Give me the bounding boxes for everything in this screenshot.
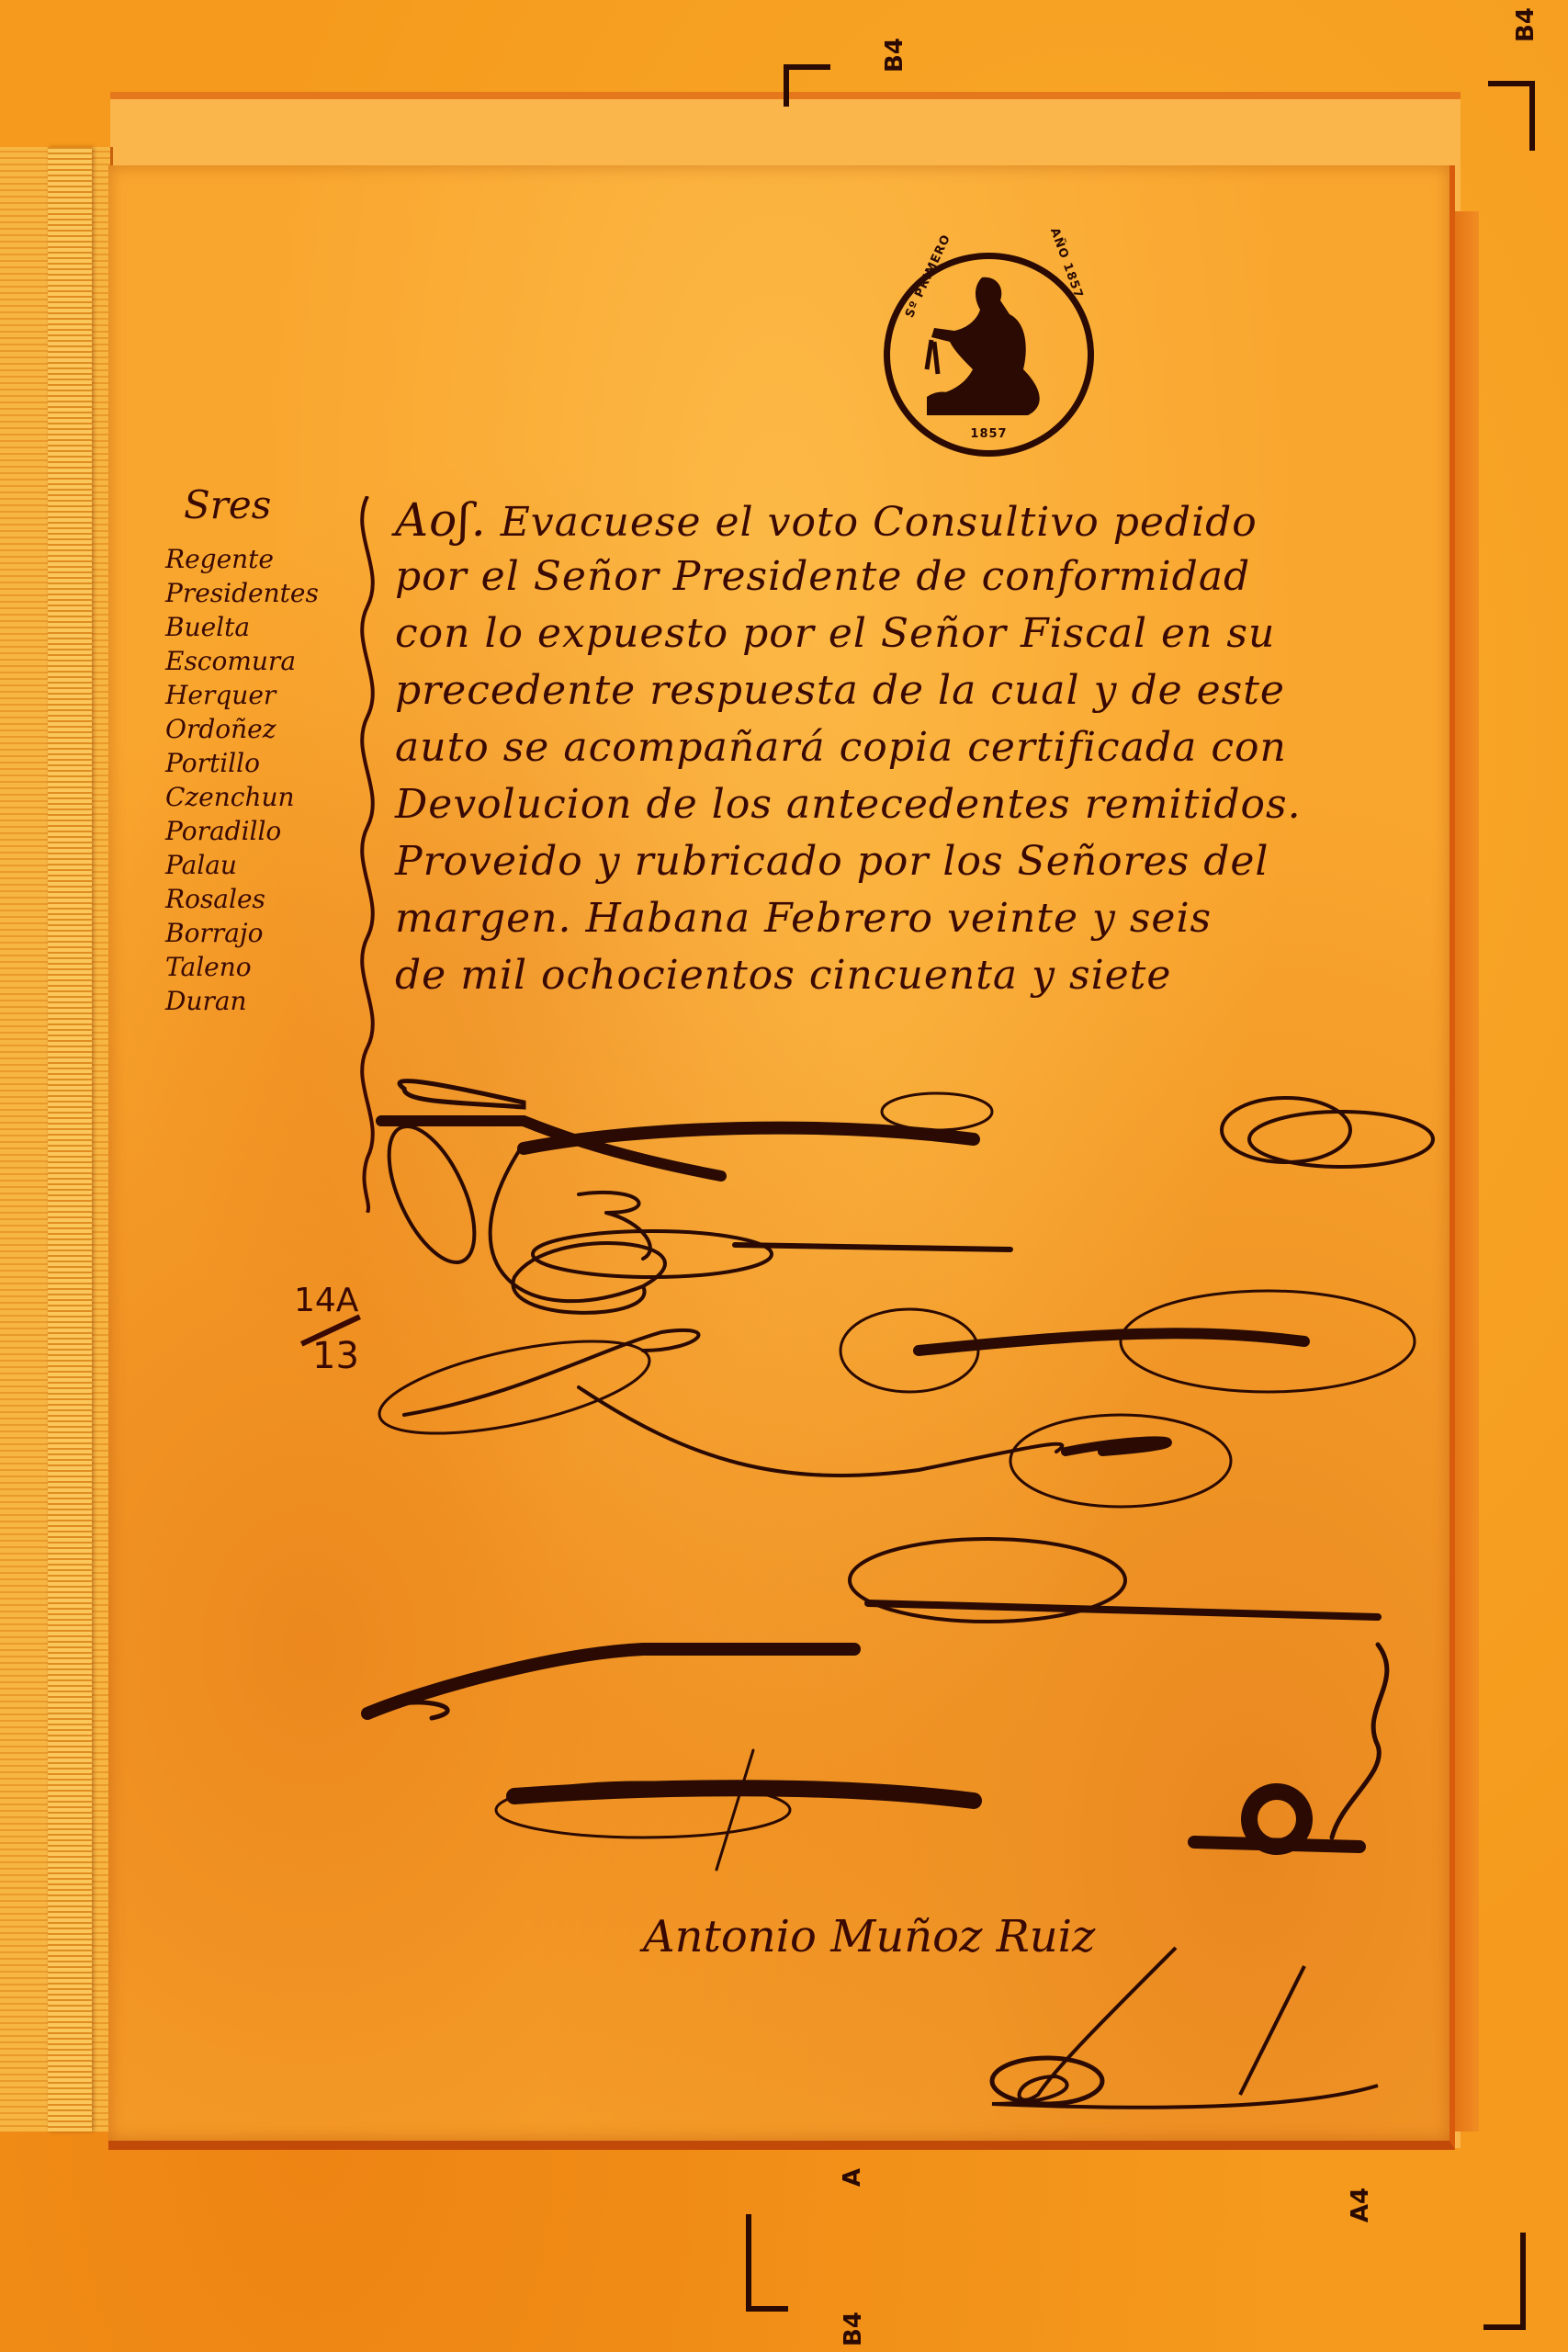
crop-mark-label-top-right: B4 (1512, 7, 1540, 42)
decree-line-text: Evacuese el voto Consultivo pedido (501, 499, 1258, 546)
decree-line-text: Proveido y rubricado por los Señores del (395, 838, 1269, 885)
crop-mark-bottom-right (1483, 2233, 1526, 2330)
folio-number: 14A 13 (294, 1282, 395, 1383)
decree-line-text: auto se acompañará copia certificada con (395, 724, 1287, 771)
margin-brace-line (340, 496, 395, 1213)
decree-line-text: margen. Habana Febrero veinte y seis (395, 895, 1212, 942)
crop-mark-bottom-center (746, 2214, 788, 2312)
decree-text: Aoʃ. Evacuese el voto Consultivo pedido … (395, 492, 1424, 1004)
decree-line: Devolucion de los antecedentes remitidos… (395, 776, 1424, 833)
crop-mark-label-bottom-left: A (839, 2168, 866, 2187)
crop-mark-label-bottom-center: B4 (840, 2312, 867, 2346)
decree-line-lead: Aoʃ. (395, 493, 487, 547)
folio-number-top: 14A (294, 1282, 358, 1319)
scribe-signature: Antonio Muñoz Ruiz (643, 1911, 1095, 1962)
document-page (108, 165, 1455, 2150)
decree-line: Proveido y rubricado por los Señores del (395, 833, 1424, 890)
decree-line-text: de mil ochocientos cincuenta y siete (395, 952, 1171, 999)
official-seal: Sº PRIMERO AÑO 1857 1857 (884, 253, 1094, 457)
crop-mark-label-bottom-right: A4 (1347, 2188, 1374, 2222)
decree-line: Aoʃ. Evacuese el voto Consultivo pedido (395, 492, 1424, 548)
crop-mark-top-right (1488, 81, 1535, 151)
decree-line-text: por el Señor Presidente de conformidad (395, 553, 1250, 600)
decree-line-text: precedente respuesta de la cual y de est… (395, 667, 1285, 714)
decree-line: precedente respuesta de la cual y de est… (395, 662, 1424, 719)
book-binding (0, 147, 113, 2131)
decree-line-text: con lo expuesto por el Señor Fiscal en s… (395, 610, 1275, 657)
decree-line: margen. Habana Febrero veinte y seis (395, 890, 1424, 947)
decree-line: auto se acompañará copia certificada con (395, 719, 1424, 776)
crop-mark-top-center (784, 64, 830, 107)
decree-line: de mil ochocientos cincuenta y siete (395, 947, 1424, 1004)
folio-number-bottom: 13 (312, 1335, 359, 1377)
decree-line: por el Señor Presidente de conformidad (395, 548, 1424, 605)
crop-mark-label-top-center: B4 (881, 38, 908, 73)
decree-line-text: Devolucion de los antecedentes remitidos… (395, 781, 1302, 828)
binding-cloth-strip (48, 147, 92, 2131)
seal-year: 1857 (890, 427, 1088, 441)
decree-line: con lo expuesto por el Señor Fiscal en s… (395, 605, 1424, 662)
